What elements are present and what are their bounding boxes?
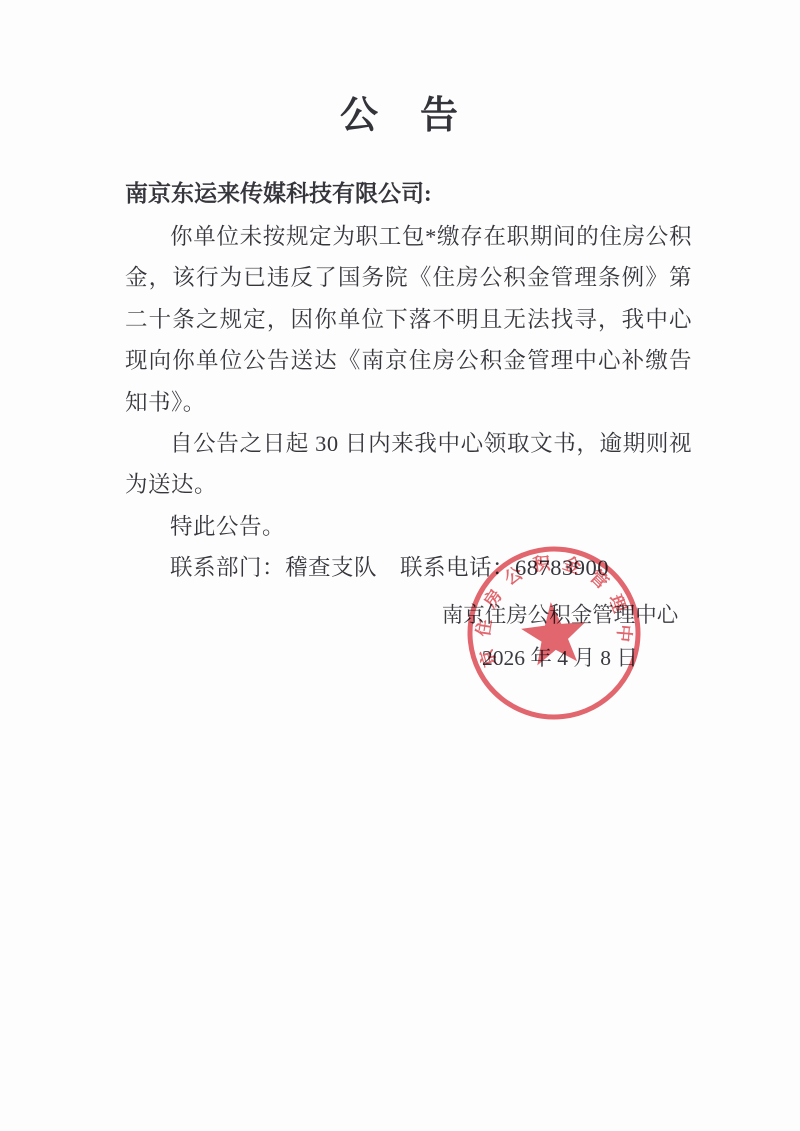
official-seal: 南京住房公积金管理中心 <box>444 523 664 743</box>
addressee-line: 南京东运来传媒科技有限公司: <box>125 172 692 216</box>
body-paragraph-1: 你单位未按规定为职工包*缴存在职期间的住房公积金，该行为已违反了国务院《住房公积… <box>125 216 692 423</box>
seal-star-icon <box>519 599 590 667</box>
body-paragraph-2: 自公告之日起 30 日内来我中心领取文书，逾期则视为送达。 <box>125 423 692 506</box>
notice-document: 公 告 南京东运来传媒科技有限公司: 你单位未按规定为职工包*缴存在职期间的住房… <box>0 0 800 1131</box>
page-title: 公 告 <box>0 84 800 139</box>
